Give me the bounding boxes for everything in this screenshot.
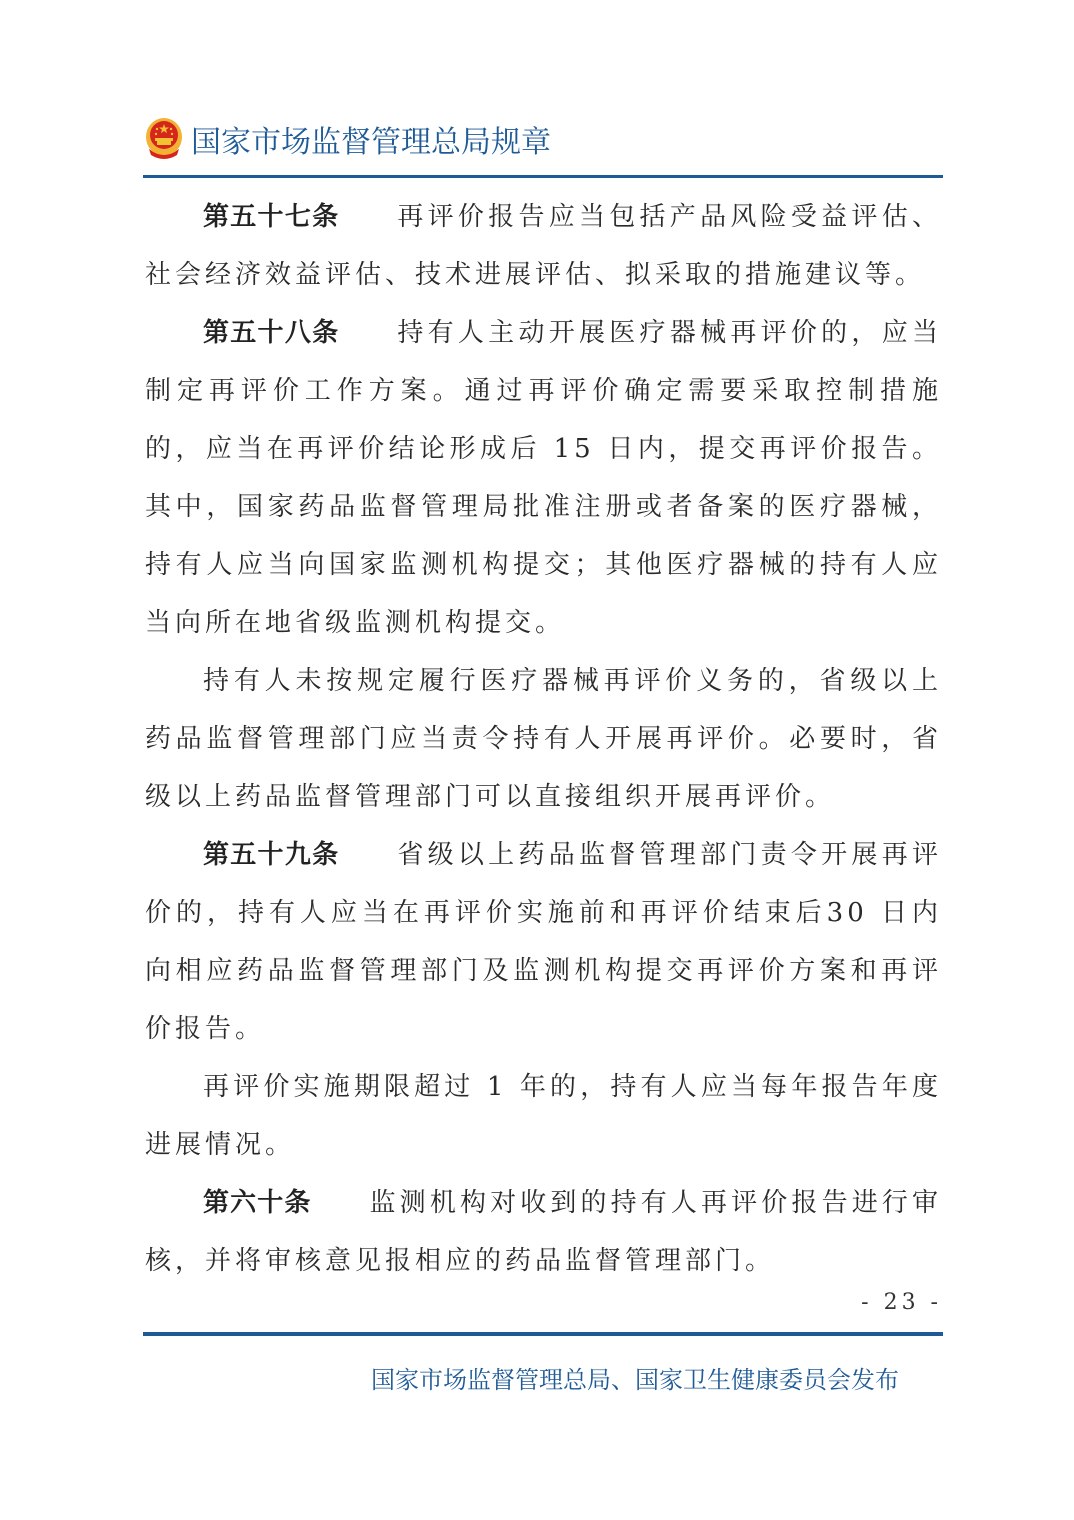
article-59-paragraph: 第五十九条省级以上药品监督管理部门责令开展再评价的，持有人应当在再评价实施前和再…: [145, 826, 942, 1058]
document-header: 国家市场监督管理总局规章: [145, 114, 551, 164]
article-58-paragraph-2: 持有人未按规定履行医疗器械再评价义务的，省级以上药品监督管理部门应当责令持有人开…: [145, 652, 942, 826]
document-body: 第五十七条再评价报告应当包括产品风险受益评估、社会经济效益评估、技术进展评估、拟…: [145, 188, 942, 1290]
article-number: 第五十七条: [203, 202, 339, 232]
header-title: 国家市场监督管理总局规章: [191, 117, 551, 161]
header-divider: [143, 175, 943, 178]
publisher-footer: 国家市场监督管理总局、国家卫生健康委员会发布: [371, 1360, 899, 1395]
article-57-paragraph: 第五十七条再评价报告应当包括产品风险受益评估、社会经济效益评估、技术进展评估、拟…: [145, 188, 942, 304]
article-60-paragraph: 第六十条监测机构对收到的持有人再评价报告进行审核，并将审核意见报相应的药品监督管…: [145, 1174, 942, 1290]
article-58-paragraph: 第五十八条持有人主动开展医疗器械再评价的，应当制定再评价工作方案。通过再评价确定…: [145, 304, 942, 652]
article-59-paragraph-2: 再评价实施期限超过 1 年的，持有人应当每年报告年度进展情况。: [145, 1058, 942, 1174]
article-number: 第六十条: [203, 1188, 312, 1218]
footer-divider: [143, 1332, 943, 1336]
article-number: 第五十八条: [203, 318, 339, 348]
article-text: 持有人主动开展医疗器械再评价的，应当制定再评价工作方案。通过再评价确定需要采取控…: [145, 318, 942, 638]
article-number: 第五十九条: [203, 840, 339, 870]
page-number: - 23 -: [861, 1290, 942, 1315]
article-text: 省级以上药品监督管理部门责令开展再评价的，持有人应当在再评价实施前和再评价结束后…: [145, 840, 942, 1044]
national-emblem-icon: [145, 117, 183, 161]
